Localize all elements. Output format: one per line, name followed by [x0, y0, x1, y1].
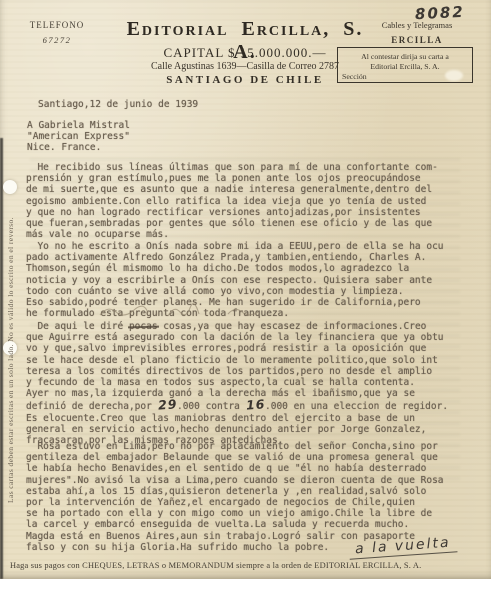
- handwritten-number-16000: 16: [245, 399, 265, 412]
- scan-edge-shadow: [0, 138, 3, 579]
- p1-line: más vale no ocuparse más.: [26, 229, 438, 240]
- phone-number: 67272: [18, 35, 96, 45]
- recipient-name: A Gabriela Mistral: [27, 120, 130, 131]
- p4-line: por la intervención de Yañez,el encargad…: [26, 497, 444, 508]
- p3-line: que Aguirre está asegurado con la dación…: [26, 332, 448, 343]
- p3-l8-pre: definió de derecha,por: [26, 401, 158, 412]
- p3-l1-post: cosas,ya que hay escasez de informacione…: [158, 321, 427, 332]
- dateline: Santiago,12 de junio de 1939: [38, 99, 198, 110]
- letter-scan-page: TELEFONO 67272 Editorial Ercilla, S. A. …: [0, 0, 491, 579]
- p4-line: estaba ahí,a los 15 días,quisieron deten…: [26, 486, 444, 497]
- p3-line-vote-numbers: definió de derecha,por 29.000 contra 16.…: [26, 399, 448, 412]
- p4-line: gentileza del embajador Belaunde que se …: [26, 452, 444, 463]
- p1-line: egoismo ambiente.Con ello ratifica la id…: [26, 196, 438, 207]
- payment-footer: Haga sus pagos con CHEQUES, LETRAS o MEM…: [10, 561, 480, 570]
- recipient-block: A Gabriela Mistral "American Express" Ni…: [27, 120, 130, 154]
- p2-line: todo con cuánto se vive allá como yo viv…: [26, 286, 444, 297]
- p3-l8-post: .000 en una eleccion de regidor.: [265, 401, 448, 412]
- p3-l8-mid: .000 contra: [177, 401, 246, 412]
- paragraph-4: Rosa estuvo en Lima,pero no por aplacami…: [26, 441, 444, 553]
- capital-line: CAPITAL $ 15.000.000.—: [120, 45, 370, 61]
- handwritten-number-29000: 29: [157, 399, 177, 412]
- p3-line: vo y que,salvo imprevisibles errores,pod…: [26, 343, 448, 354]
- reply-box-section-label: Sección: [342, 72, 468, 82]
- recipient-address: "American Express": [27, 131, 130, 142]
- p2-line: noticia y voy a escribirle a Onís con es…: [26, 275, 444, 286]
- p1-line: que fueran,sembradas por gentes que sólo…: [26, 218, 438, 229]
- p1-line: y que no han logrado rectificar versione…: [26, 207, 438, 218]
- p1-line: He recibido sus líneas últimas que son p…: [26, 162, 438, 173]
- p3-l1-pre: De aqui le diré: [26, 321, 129, 332]
- p4-line: Rosa estuvo en Lima,pero no por aplacami…: [26, 441, 444, 452]
- p2-line: pado activamente Alfredo González Prada,…: [26, 252, 444, 263]
- p2-line: Yo no he escrito a Onís nada sobre mi id…: [26, 241, 444, 252]
- scanner-background: [0, 579, 491, 600]
- p2-line: Thomson,según él mismomo lo ha dicho.De …: [26, 263, 444, 274]
- p4-line: le había hecho Benavides,en el sentido d…: [26, 463, 444, 474]
- p3-line: se le hace desde el plano ficticio de lo…: [26, 355, 448, 366]
- p4-line: mujeres".No avisó la visa a Lima,pero cu…: [26, 475, 444, 486]
- phone-label: TELEFONO: [18, 20, 96, 30]
- p4-line: la carcel y embarcó enseguida de vuelta.…: [26, 519, 444, 530]
- paragraph-3: De aqui le diré pocas cosas,ya que hay e…: [26, 321, 448, 446]
- handwritten-scribble: [98, 303, 328, 319]
- p3-line: general en servicio activo,hecho denunci…: [26, 424, 448, 435]
- letterhead-cables: Cables y Telegramas ERCILLA: [357, 20, 477, 45]
- reply-box-line1: Al contestar dirija su carta a: [361, 52, 449, 61]
- recipient-city: Nice. France.: [27, 142, 130, 153]
- letterhead-phone: TELEFONO 67272: [18, 20, 96, 45]
- reply-instruction-box: Al contestar dirija su carta a Editorial…: [337, 47, 473, 83]
- p3-line-corrected: De aqui le diré pocas cosas,ya que hay e…: [26, 321, 448, 332]
- p1-line: de mi suerte,que es asunto que a nadie i…: [26, 184, 438, 195]
- p1-line: prensión y gran estímulo,pues me la pone…: [26, 173, 438, 184]
- p3-line: y fecundo de la masa en todos sus aspect…: [26, 377, 448, 388]
- p4-line: se ha portado con ella y con migo como u…: [26, 508, 444, 519]
- p3-line: Ayer no mas,la izquierda ganó a la derec…: [26, 388, 448, 399]
- p3-line: Es elocuente.Creo que las maniobras dent…: [26, 413, 448, 424]
- margin-instruction: Las cartas deben estar escritas en un so…: [6, 150, 15, 570]
- city-line: SANTIAGO DE CHILE: [120, 74, 370, 86]
- reply-box-line2: Editorial Ercilla, S. A.: [370, 62, 439, 71]
- handwritten-archive-number: 8082: [415, 3, 466, 24]
- cables-name: ERCILLA: [357, 35, 477, 45]
- struck-word: pocas: [129, 321, 158, 332]
- paragraph-1: He recibido sus líneas últimas que son p…: [26, 162, 438, 240]
- p3-line: teresa a los comités directivos de los p…: [26, 366, 448, 377]
